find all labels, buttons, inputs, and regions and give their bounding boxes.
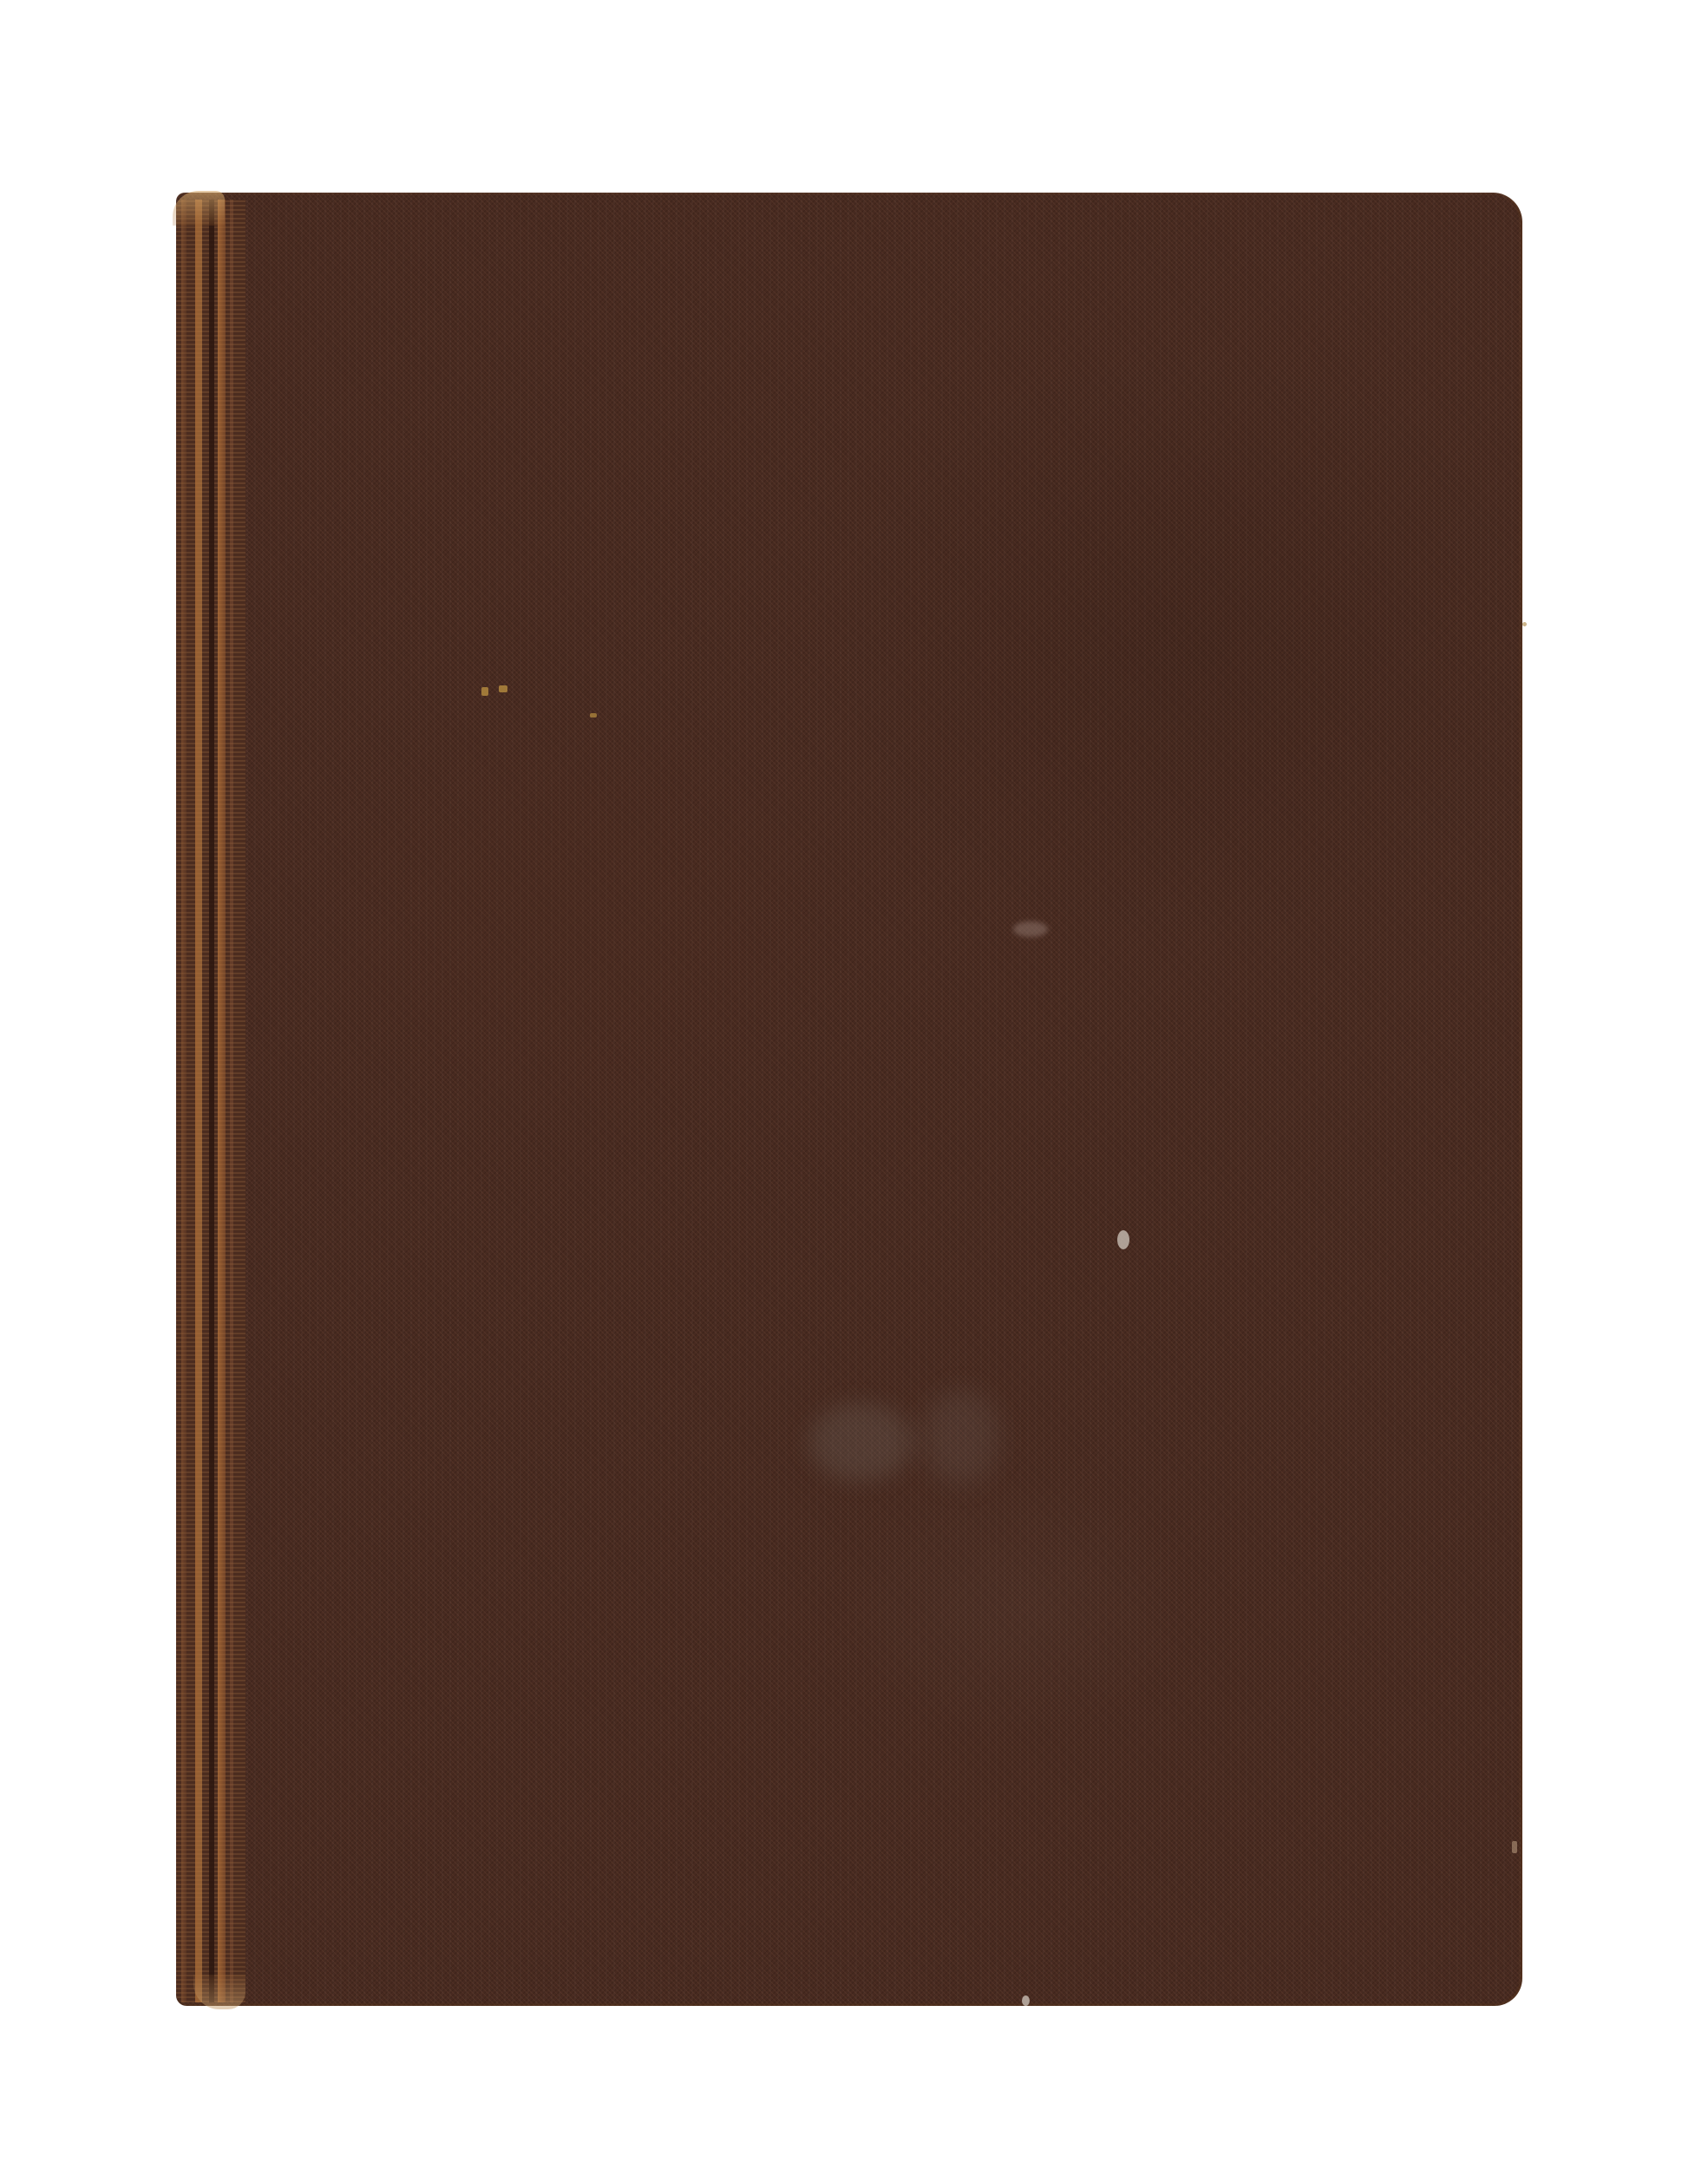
gold-fleck — [590, 713, 597, 718]
worn-patch — [809, 1403, 913, 1481]
spine-hinge-groove — [209, 200, 214, 2002]
photo-scene: Plain brown cloth-bound book cover with … — [0, 0, 1708, 2169]
gold-fleck — [499, 685, 507, 692]
spine-wear-stripe — [218, 200, 226, 2002]
spine-wear-stripe — [230, 200, 233, 2002]
worn-patch — [922, 1390, 1000, 1485]
spine-wear-stripe — [181, 200, 187, 2002]
book-front-cover: Plain brown cloth-bound book cover with … — [176, 193, 1522, 2006]
frayed-bottom-corner — [193, 1975, 245, 2009]
cover-title — [176, 193, 177, 193]
grey-spot — [1117, 1230, 1129, 1249]
spine-wear-stripe — [195, 200, 202, 2002]
spine-edge — [176, 200, 245, 2002]
gold-fleck — [481, 687, 488, 696]
edge-nick — [1022, 1995, 1030, 2006]
frayed-top-corner — [173, 191, 225, 226]
cover-smudge — [1013, 921, 1048, 937]
book-description: Plain brown cloth-bound book cover with … — [176, 193, 177, 193]
gold-fleck — [1522, 622, 1527, 626]
edge-nick — [1512, 1841, 1517, 1853]
